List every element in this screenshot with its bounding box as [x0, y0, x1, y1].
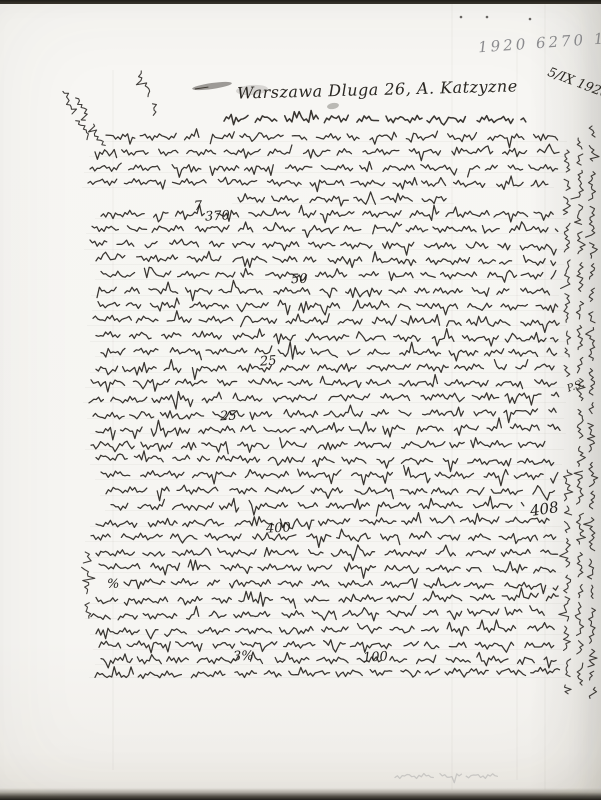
handwriting-stroke: [96, 329, 558, 346]
handwriting-stroke: [99, 640, 554, 653]
handwriting-stroke: [96, 251, 556, 267]
handwriting-stroke: [571, 138, 585, 685]
handwriting-stroke: [106, 485, 555, 501]
handwriting-stroke: [91, 438, 545, 454]
handwriting-stroke: [91, 375, 556, 392]
legible-token-50: 50: [291, 272, 308, 288]
handwriting-stroke: [96, 545, 558, 561]
handwriting-stroke: [93, 405, 556, 423]
handwriting-stroke: [101, 652, 556, 668]
handwriting-stroke: [224, 111, 526, 125]
handwriting-stroke: [96, 620, 554, 639]
handwriting-stroke: [101, 205, 553, 223]
ink-speck: [529, 18, 532, 21]
handwriting-stroke: [101, 466, 558, 486]
handwriting-svg: [0, 0, 601, 800]
handwriting-stroke: [101, 342, 557, 361]
handwriting-stroke: [96, 451, 554, 472]
handwriting-stroke: [82, 552, 95, 618]
handwriting-stroke: [92, 222, 558, 238]
handwriting-stroke: [98, 298, 558, 315]
ink-speck: [486, 16, 489, 19]
handwriting-stroke: [561, 150, 571, 376]
handwriting-stroke: [96, 360, 554, 380]
legible-token-100: 100: [363, 649, 389, 665]
ink-smudge: [327, 102, 340, 110]
legible-token-3pct: 3%: [233, 649, 254, 665]
handwriting-stroke: [238, 192, 446, 206]
handwriting-stroke: [95, 667, 560, 679]
scan-page: — Warszawa Dluga 26, A. Katzyzne 5/IX 19…: [0, 0, 601, 800]
legible-token-370: 370: [205, 208, 231, 224]
legible-token-7: 7: [193, 199, 202, 215]
handwriting-stroke: [132, 70, 160, 117]
handwriting-stroke: [584, 126, 599, 698]
handwriting-stroke: [96, 418, 560, 440]
handwriting-stroke: [99, 560, 555, 579]
ink-speck: [460, 16, 463, 19]
handwriting-stroke: [106, 129, 558, 148]
handwriting-stroke: [96, 588, 558, 608]
legible-token-400: 400: [266, 520, 292, 536]
legible-token-pct: %: [107, 577, 119, 592]
handwriting-stroke: [90, 162, 558, 178]
handwriting-stroke: [95, 144, 559, 161]
handwriting-stroke: [101, 267, 556, 282]
legible-token-25: 25: [220, 409, 237, 425]
handwriting-stroke: [124, 578, 558, 594]
handwriting-stroke: [559, 470, 573, 694]
handwriting-stroke: [111, 496, 524, 516]
handwriting-stroke: [93, 311, 559, 333]
scanner-edge-bottom: [0, 788, 601, 800]
ink-dash-mark: —: [193, 77, 210, 97]
handwriting-stroke: [97, 280, 550, 300]
handwriting-stroke: [91, 529, 556, 547]
legible-token-25: 25: [259, 353, 277, 369]
handwriting-stroke: [89, 392, 559, 410]
handwriting-stroke: [90, 239, 556, 255]
handwriting-stroke: [88, 176, 548, 192]
scanner-edge-top: [0, 0, 601, 4]
handwriting-stroke: [395, 774, 497, 783]
